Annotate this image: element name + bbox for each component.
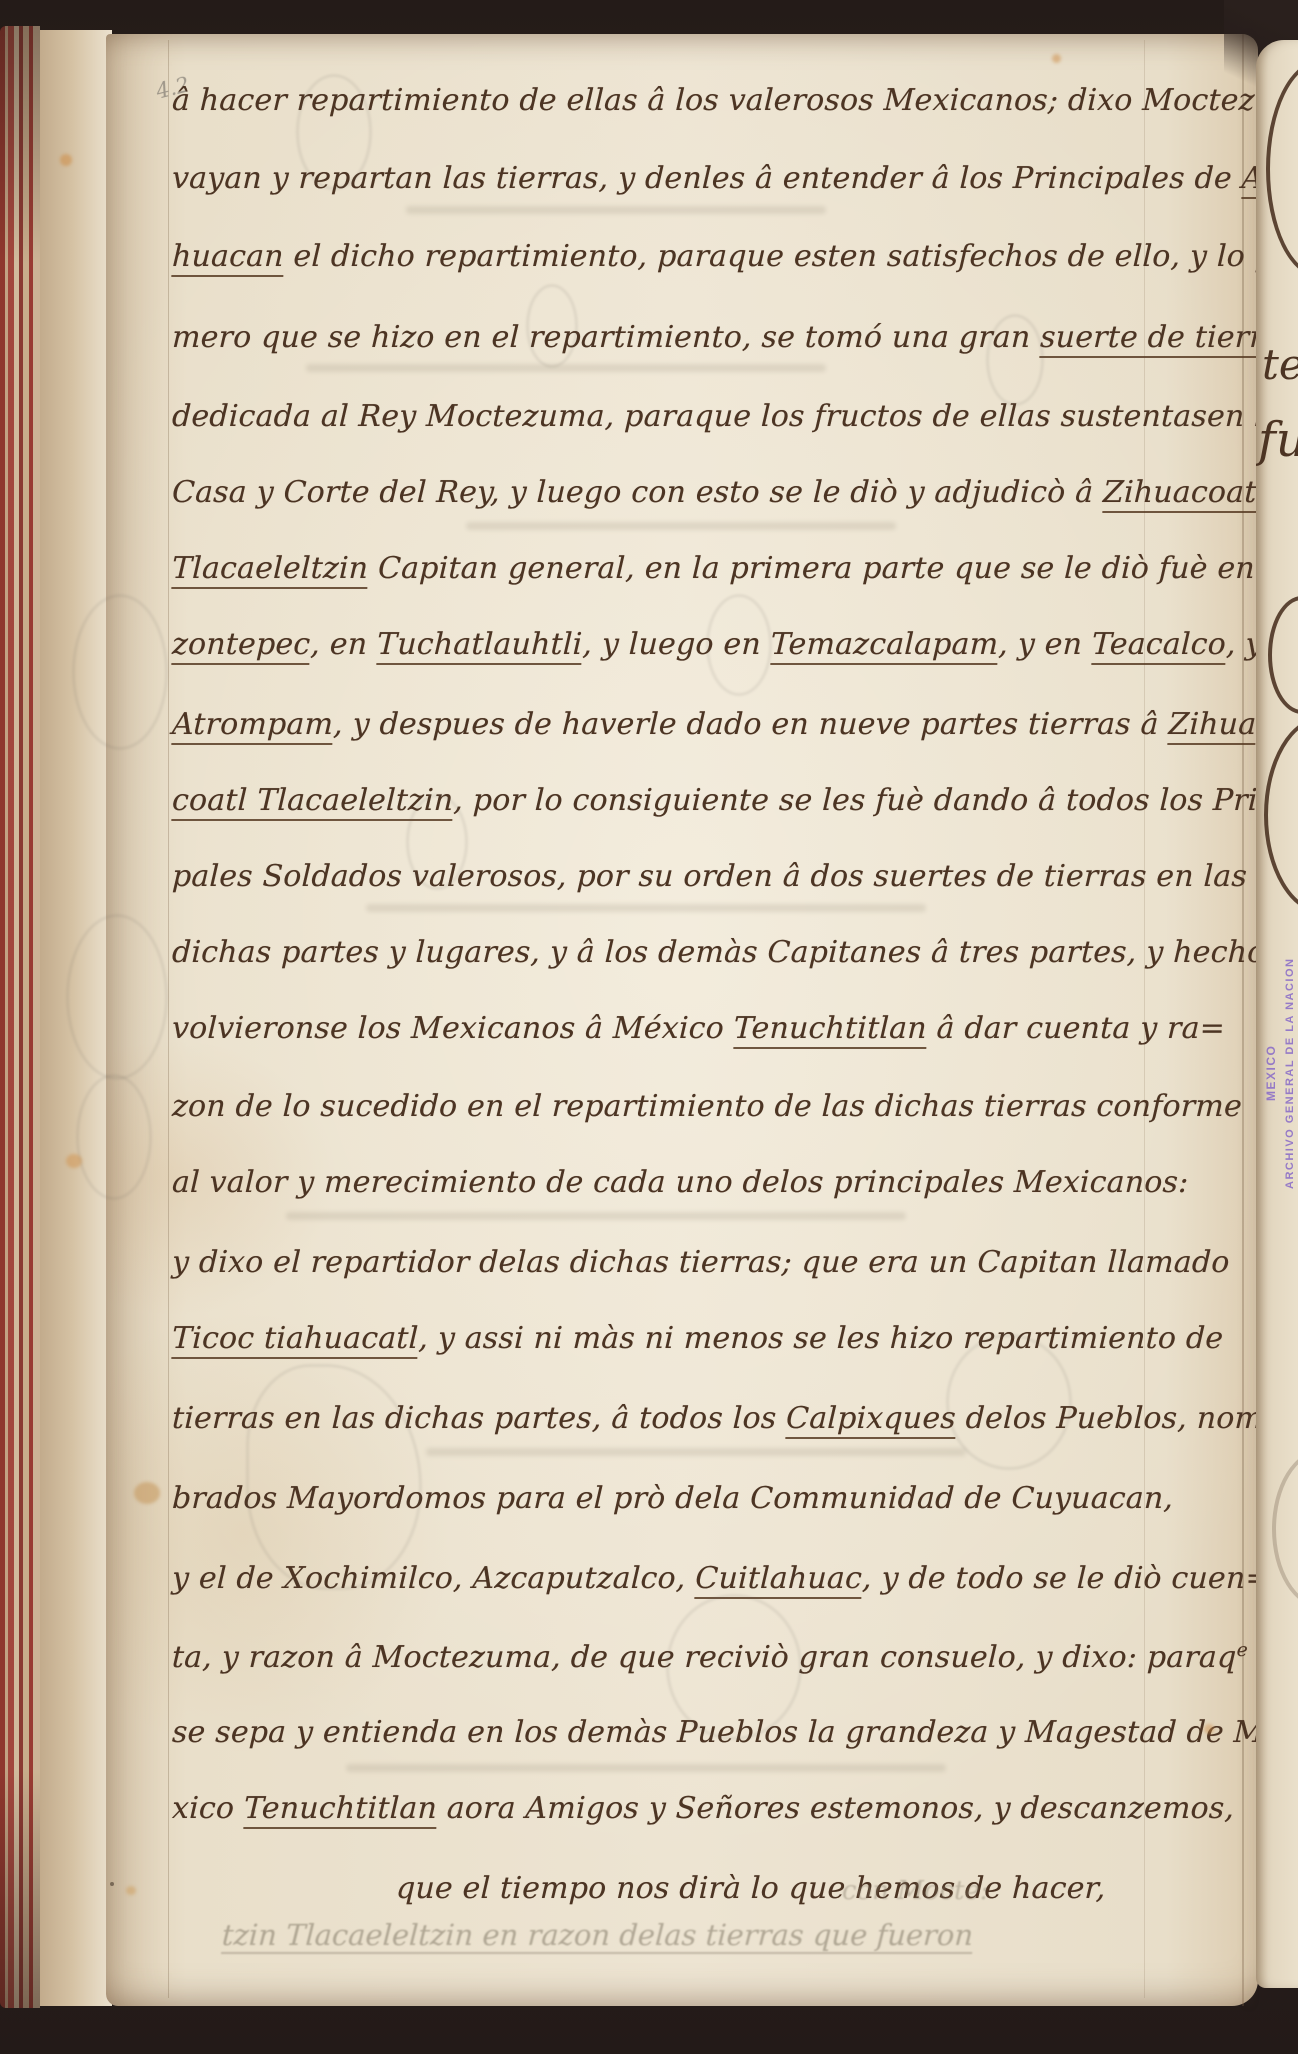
text-segment: xico <box>171 1791 244 1826</box>
bleed-through-mark <box>66 914 168 1080</box>
manuscript-line: Tlacaeleltzin Capitan general, en la pri… <box>171 552 1298 587</box>
text-segment: , y assi ni màs ni menos se les hizo rep… <box>418 1321 1224 1356</box>
manuscript-line: xico Tenuchtitlan aora Amigos y Señores … <box>171 1792 1234 1827</box>
bleed-through-mark <box>706 594 772 696</box>
foxing-stain <box>1052 54 1061 63</box>
letter-fragment-arc <box>1264 716 1298 914</box>
show-through-ruling <box>426 1448 966 1456</box>
bleed-through-mark <box>246 1364 422 1590</box>
manuscript-line: al valor y merecimiento de cada uno delo… <box>171 1166 1189 1201</box>
foxing-stain <box>60 154 72 166</box>
text-segment: y el de Xochimilco, Azcaputzalco, <box>171 1561 696 1596</box>
show-through-ruling <box>286 1212 906 1220</box>
manuscript-line: volvieronse los Mexicanos â México Tenuc… <box>171 1012 1225 1047</box>
underlined-word: Tlacaeleltzin <box>171 551 369 589</box>
manuscript-line: Ticoc tiahuacatl, y assi ni màs ni menos… <box>171 1322 1223 1357</box>
letter-fragment-arc <box>1268 596 1298 714</box>
bleed-through-mark <box>666 1594 802 1740</box>
show-through-ruling <box>406 206 826 214</box>
underlined-word: Ticoc tiahuacatl <box>171 1321 419 1359</box>
book-photograph: 4.2 â hacer repartimiento de ellas â los… <box>0 0 1298 2054</box>
manuscript-line: Casa y Corte del Rey, y luego con esto s… <box>171 476 1267 511</box>
manuscript-line: dedicada al Rey Moctezuma, paraque los f… <box>171 400 1282 435</box>
manuscript-line: Atrompam, y despues de haverle dado en n… <box>171 708 1282 743</box>
archive-stamp: ARCHIVO GENERAL DE LA NACION MEXICO <box>1258 948 1298 1198</box>
text-segment: , por lo consiguiente se les fuè dando â… <box>453 783 1298 818</box>
underlined-word: zontepec <box>171 627 311 665</box>
text-segment: , y despues de haverle dado en nueve par… <box>333 707 1169 742</box>
underlined-word: Temazcalapam <box>770 627 999 665</box>
underlined-word: Teacalco <box>1091 627 1226 665</box>
text-segment: , y de todo se le diò cuen= <box>862 1561 1272 1596</box>
manuscript-line: huacan el dicho repartimiento, paraque e… <box>171 240 1298 275</box>
text-segment: que el tiempo nos dirà lo que hemos de h… <box>395 1871 1106 1906</box>
underlined-word: Zihua <box>1168 707 1257 745</box>
text-segment: e <box>1236 1640 1248 1661</box>
text-segment: zon de lo sucedido en el repartimiento d… <box>171 1089 1242 1124</box>
text-segment: dichas partes y lugares, y â los demàs C… <box>171 935 1298 970</box>
ink-dot <box>110 1882 114 1886</box>
manuscript-line: que el tiempo nos dirà lo que hemos de h… <box>395 1872 1106 1907</box>
manuscript-line: coatl Tlacaeleltzin, por lo consiguiente… <box>171 784 1298 819</box>
adjacent-text-fragment: te <box>1262 340 1298 389</box>
show-through-ruling <box>466 522 896 530</box>
manuscript-line: zon de lo sucedido en el repartimiento d… <box>171 1090 1242 1125</box>
archive-stamp-text: ARCHIVO GENERAL DE LA NACION <box>1284 948 1296 1198</box>
foxing-stain <box>134 1482 160 1504</box>
text-segment: Casa y Corte del Rey, y luego con esto s… <box>171 475 1103 510</box>
manuscript-line: y dixo el repartidor delas dichas tierra… <box>171 1246 1230 1281</box>
text-segment: volvieronse los Mexicanos â México <box>171 1011 734 1046</box>
underlined-word: Tenuchtitlan <box>243 1791 437 1829</box>
letter-fragment-arc <box>1266 60 1298 278</box>
bleed-through-mark <box>986 314 1044 406</box>
text-segment: â dar cuenta y ra= <box>926 1011 1225 1046</box>
bleed-through-mark <box>406 794 468 890</box>
foxing-stain <box>126 1886 136 1895</box>
foxing-stain <box>1204 1724 1214 1734</box>
text-segment: , en <box>310 627 378 662</box>
show-through-ruling <box>346 1764 946 1772</box>
text-segment: pales Soldados valerosos, por su orden â… <box>171 859 1247 894</box>
underlined-word: Tuchatlauhtli <box>376 627 583 665</box>
text-segment: aora Amigos y Señores estemonos, y desca… <box>436 1791 1234 1826</box>
underlined-word: Zihuacoatl <box>1102 475 1267 513</box>
text-segment: , y en <box>998 627 1093 662</box>
book-spine-marbled-edge <box>0 26 40 2008</box>
show-through-ruling <box>306 364 826 372</box>
bleed-through-mark <box>72 594 168 750</box>
underlined-word: Cuitlahuac <box>695 1561 863 1599</box>
left-margin-rule <box>168 40 169 1998</box>
text-segment: mero que se hizo en el repartimiento, se… <box>171 320 1040 355</box>
bleed-through-text-line: tzin Tlacaeleltzin en razon delas tierra… <box>221 1918 974 1952</box>
underlined-word: Tenuchtitlan <box>733 1011 927 1049</box>
manuscript-line: mero que se hizo en el repartimiento, se… <box>171 321 1282 356</box>
archive-stamp-text: MEXICO <box>1264 988 1278 1158</box>
bleed-through-text-fragment: con Mocte: <box>842 1876 989 1906</box>
adjacent-text-fragment: fu <box>1258 412 1298 468</box>
underlined-word: Calpixques <box>785 1401 956 1439</box>
foxing-stain <box>66 1154 82 1168</box>
letter-fragment-arc <box>1272 1450 1298 1608</box>
underlined-word: suerte de tierra <box>1039 320 1282 358</box>
text-segment: dedicada al Rey Moctezuma, paraque los f… <box>171 399 1282 434</box>
bleed-through-mark <box>296 74 372 190</box>
text-segment: el dicho repartimiento, paraque esten sa… <box>283 239 1298 274</box>
manuscript-line: pales Soldados valerosos, por su orden â… <box>171 860 1247 895</box>
underlined-word: huacan <box>171 239 284 277</box>
manuscript-line: dichas partes y lugares, y â los demàs C… <box>171 936 1298 971</box>
manuscript-page: 4.2 â hacer repartimiento de ellas â los… <box>106 34 1258 2006</box>
text-segment: Capitan general, en la primera parte que… <box>368 551 1266 586</box>
bleed-through-mark <box>76 1074 152 1200</box>
bleed-through-mark <box>526 284 578 368</box>
text-segment: y dixo el repartidor delas dichas tierra… <box>171 1245 1230 1280</box>
text-segment: al valor y merecimiento de cada uno delo… <box>171 1165 1189 1200</box>
show-through-ruling <box>366 904 926 912</box>
underlined-word: Atrompam <box>171 707 334 745</box>
